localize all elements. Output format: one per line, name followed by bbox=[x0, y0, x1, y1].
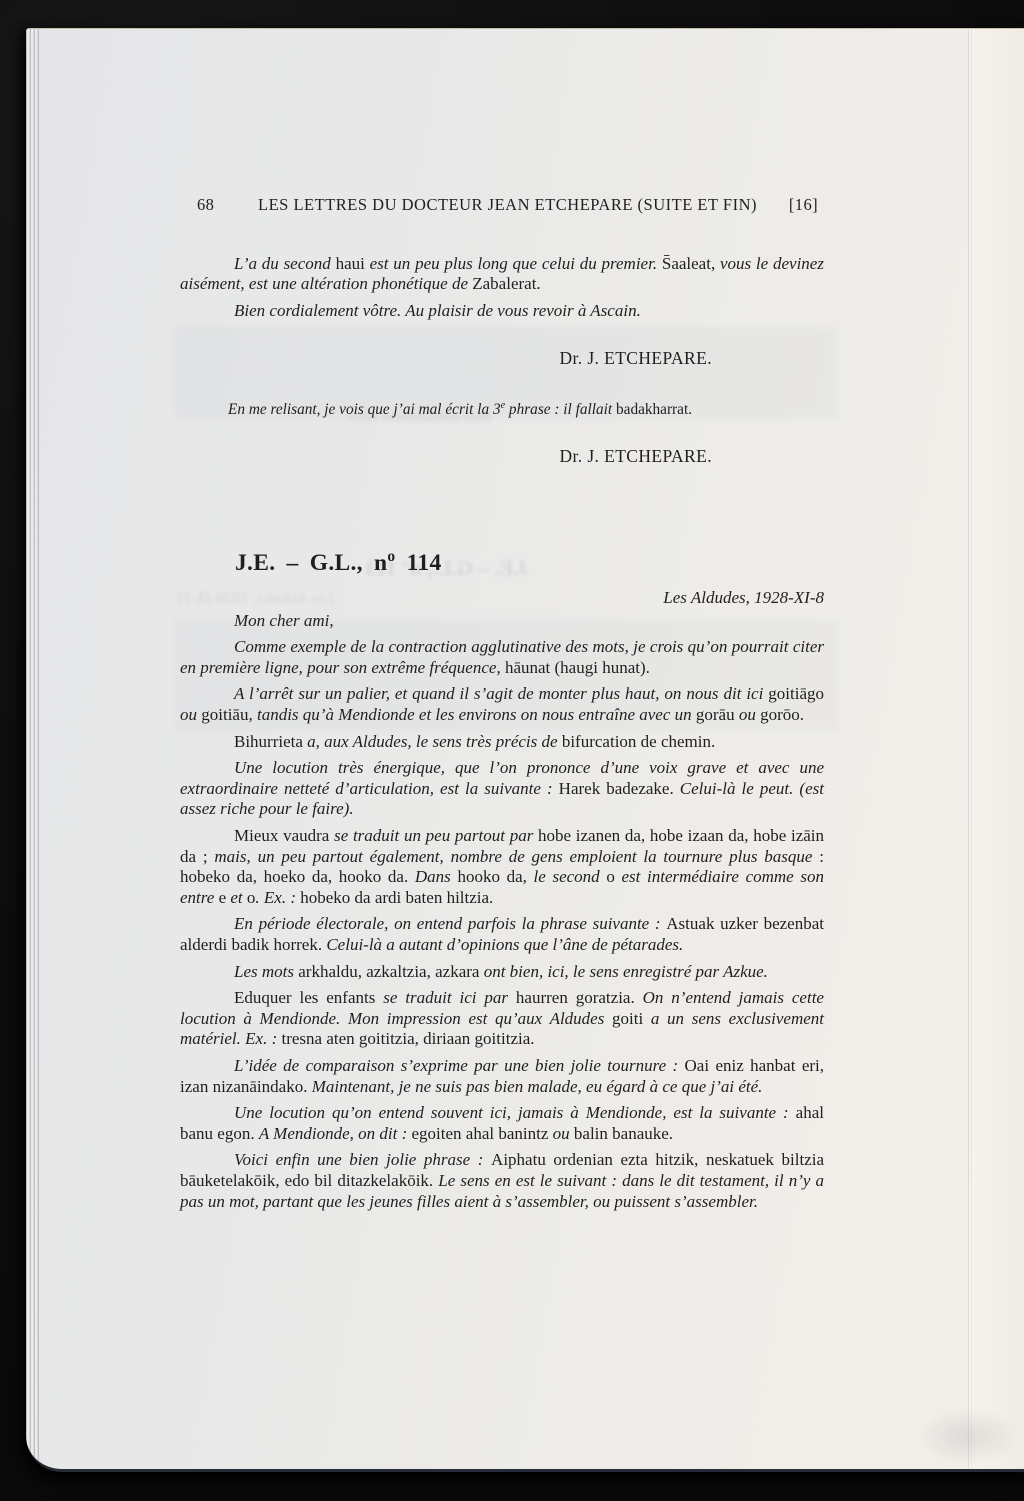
paragraph-8: En période électorale, on entend parfois… bbox=[180, 914, 824, 955]
paragraph-2: Bien cordialement vôtre. Au plaisir de v… bbox=[180, 301, 824, 322]
running-header: 68 LES LETTRES DU DOCTEUR JEAN ETCHEPARE… bbox=[197, 195, 818, 216]
paragraph-12: Une locution qu’on entend souvent ici, j… bbox=[180, 1103, 824, 1144]
page-stack-edges bbox=[26, 29, 39, 1469]
paragraph-9: Les mots arkhaldu, azkaltzia, azkara ont… bbox=[180, 962, 824, 983]
page-content: 68 LES LETTRES DU DOCTEUR JEAN ETCHEPARE… bbox=[180, 29, 824, 1218]
page-number: 68 bbox=[197, 195, 214, 216]
paragraph-13: Voici enfin une bien jolie phrase : Aiph… bbox=[180, 1150, 824, 1212]
signature-2: Dr. J. ETCHEPARE. bbox=[180, 446, 824, 467]
paragraph-7: Mieux vaudra se traduit un peu partout p… bbox=[180, 826, 824, 908]
paragraph-1: L’a du second haui est un peu plus long … bbox=[180, 254, 824, 295]
dateline: Les Aldudes, 1928-XI-8 bbox=[180, 588, 824, 609]
running-title: LES LETTRES DU DOCTEUR JEAN ETCHEPARE (S… bbox=[258, 195, 757, 216]
book-page: Bien cordialement vôtre. J.E. – G.L., n°… bbox=[26, 28, 1024, 1472]
paper-wrinkle bbox=[911, 1404, 1024, 1469]
postscript: En me relisant, je vois que j’ai mal écr… bbox=[180, 396, 824, 419]
paragraph-11: L’idée de comparaison s’exprime par une … bbox=[180, 1056, 824, 1097]
letter-body: L’a du second haui est un peu plus long … bbox=[180, 254, 824, 1213]
salutation: Mon cher ami, bbox=[180, 611, 824, 632]
section-number: [16] bbox=[789, 195, 818, 216]
next-page-edge bbox=[972, 29, 1024, 1469]
paragraph-3: Comme exemple de la contraction agglutin… bbox=[180, 637, 824, 678]
paragraph-10: Eduquer les enfants se traduit ici par h… bbox=[180, 988, 824, 1050]
photo-background: Bien cordialement vôtre. J.E. – G.L., n°… bbox=[0, 0, 1024, 1501]
paragraph-6: Une locution très énergique, que l’on pr… bbox=[180, 758, 824, 820]
letter-heading: J.E. – G.L., no 114 bbox=[180, 547, 824, 573]
signature-1: Dr. J. ETCHEPARE. bbox=[180, 348, 824, 369]
paragraph-4: A l’arrêt sur un palier, et quand il s’a… bbox=[180, 684, 824, 725]
paragraph-5: Bihurrieta a, aux Aldudes, le sens très … bbox=[180, 732, 824, 753]
